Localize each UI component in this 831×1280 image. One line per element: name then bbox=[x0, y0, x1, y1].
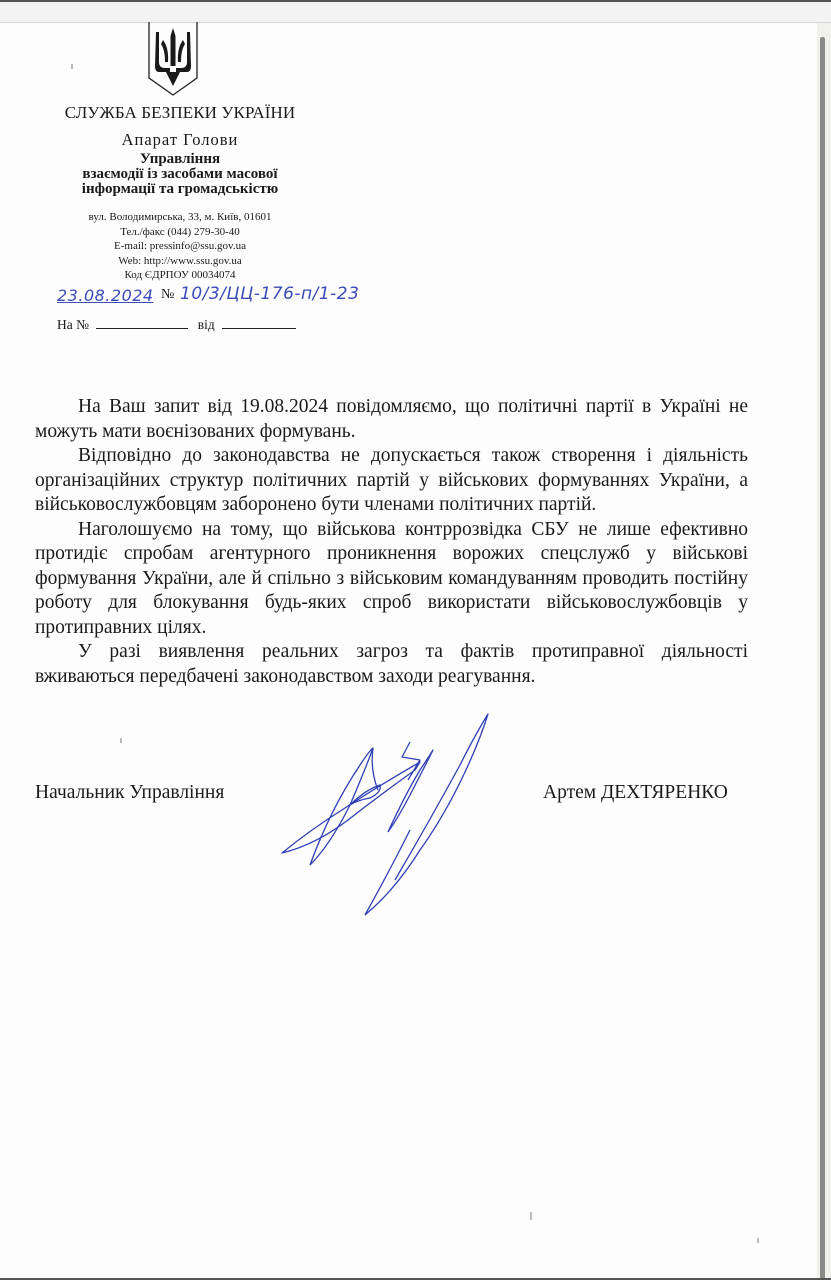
number-label: № bbox=[161, 287, 174, 303]
phone-line: Тел./факс (044) 279-30-40 bbox=[30, 225, 330, 240]
letter-body: На Ваш запит від 19.08.2024 повідомляємо… bbox=[35, 395, 748, 689]
contact-block: вул. Володимирська, 33, м. Київ, 01601 Т… bbox=[30, 210, 330, 283]
reply-reference-row: На № від bbox=[57, 316, 296, 333]
address-line: вул. Володимирська, 33, м. Київ, 01601 bbox=[30, 210, 330, 225]
scrollbar-thumb[interactable] bbox=[820, 37, 825, 1280]
email-line: E-mail: pressinfo@ssu.gov.ua bbox=[30, 239, 330, 254]
reply-date-blank bbox=[222, 316, 296, 329]
trident-icon bbox=[146, 22, 200, 96]
department-line: Управління bbox=[30, 152, 330, 167]
scan-speck bbox=[71, 64, 73, 69]
organization-name: СЛУЖБА БЕЗПЕКИ УКРАЇНИ bbox=[30, 103, 330, 123]
scan-speck bbox=[120, 738, 122, 743]
web-line: Web: http://www.ssu.gov.ua bbox=[30, 254, 330, 269]
handwritten-reg-number: 10/3/ЦЦ-176-п/1-23 bbox=[180, 284, 359, 304]
reply-number-blank bbox=[96, 316, 188, 329]
body-paragraph: Наголошуємо на тому, що військова контрр… bbox=[35, 518, 748, 641]
body-paragraph: На Ваш запит від 19.08.2024 повідомляємо… bbox=[35, 395, 748, 444]
reply-to-label: На № bbox=[57, 317, 89, 332]
body-paragraph: Відповідно до законодавства не допускаєт… bbox=[35, 444, 748, 518]
handwritten-signature bbox=[270, 700, 510, 925]
department-line: інформації та громадськістю bbox=[30, 182, 330, 197]
edrpou-line: Код ЄДРПОУ 00034074 bbox=[30, 268, 330, 283]
body-paragraph: У разі виявлення реальних загроз та факт… bbox=[35, 640, 748, 689]
signatory-name: Артем ДЕХТЯРЕНКО bbox=[543, 782, 728, 804]
signatory-title: Начальник Управління bbox=[35, 782, 224, 804]
apparatus-name: Апарат Голови bbox=[30, 130, 330, 150]
department-name: Управління взаємодії із засобами масової… bbox=[30, 152, 330, 197]
viewer-toolbar bbox=[0, 0, 831, 23]
scan-speck bbox=[530, 1212, 532, 1220]
from-label: від bbox=[198, 317, 215, 332]
scan-speck bbox=[757, 1238, 759, 1243]
handwritten-date: 23.08.2024 bbox=[57, 286, 154, 305]
department-line: взаємодії із засобами масової bbox=[30, 167, 330, 182]
